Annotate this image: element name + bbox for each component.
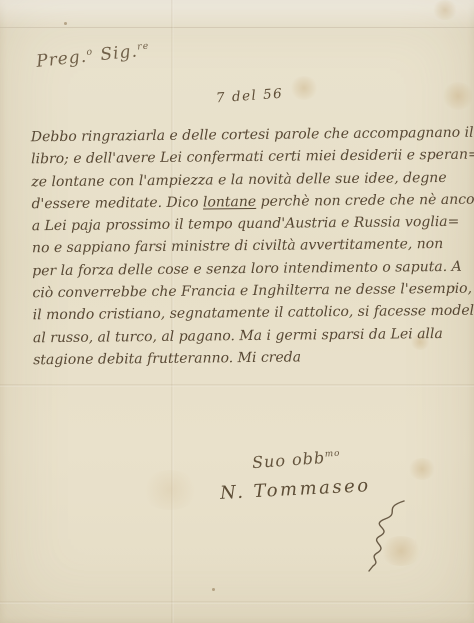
fold-crease-bottom (0, 601, 474, 604)
foxing-stain (140, 470, 200, 510)
fold-crease-top (0, 0, 474, 28)
salutation-title: Sig. (99, 41, 138, 65)
underlined-word: lontane (203, 194, 256, 211)
salutation-abbrev: Preg. (35, 47, 88, 72)
foxing-stain (408, 458, 436, 480)
body-line-segment: d'essere meditate. Dico (31, 194, 203, 212)
closing-superscript: mo (324, 449, 340, 460)
ink-speck (64, 22, 67, 25)
letter-page: Preg.oSig.re 7 del 56 Debbo ringraziarla… (0, 0, 474, 623)
foxing-stain (432, 0, 458, 20)
foxing-stain (290, 76, 318, 100)
signature-flourish (346, 498, 408, 574)
letter-body: Debbo ringraziarla e delle cortesi parol… (31, 122, 470, 372)
foxing-stain (442, 82, 474, 110)
ink-speck (212, 588, 215, 591)
body-line: stagione debita frutteranno. Mi creda (33, 345, 469, 372)
salutation: Preg.oSig.re (35, 40, 150, 72)
date-line: 7 del 56 (216, 86, 284, 107)
body-line-segment: perchè non crede che nè anco (256, 192, 474, 210)
closing-valediction: Suo obbmo (251, 447, 341, 472)
salutation-superscript: o (86, 46, 94, 58)
closing-text: Suo obb (251, 448, 325, 472)
body-line: al russo, al turco, al pagano. Ma i germ… (33, 322, 469, 349)
fold-crease-middle (0, 384, 474, 387)
salutation-title-superscript: re (137, 40, 150, 52)
